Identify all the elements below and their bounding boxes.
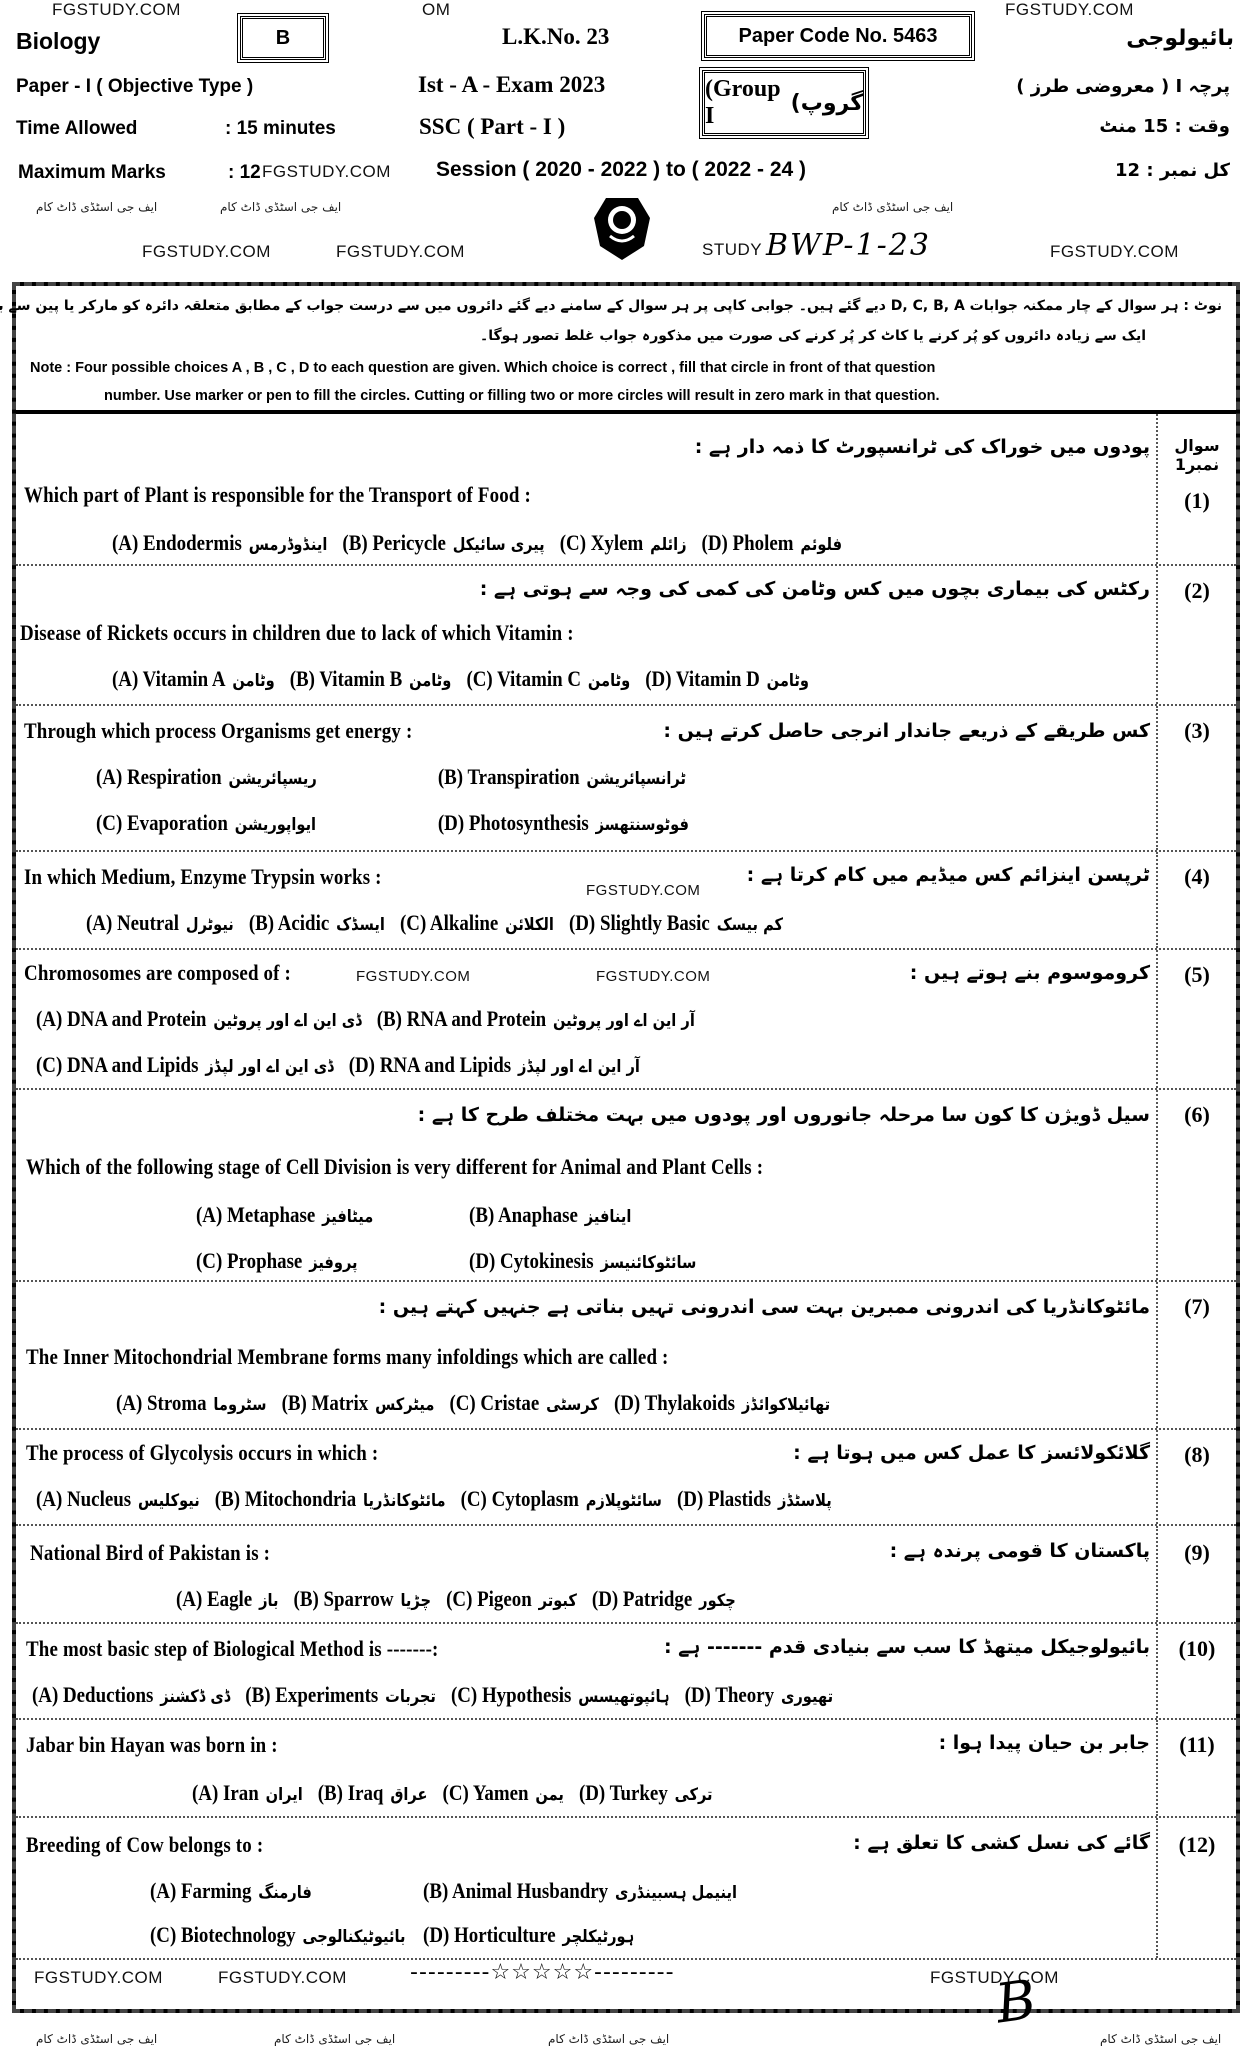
option-c[interactable]: (C) Xylemزائلم (560, 530, 687, 556)
option-c[interactable]: (C) Yamenیمن (443, 1780, 564, 1806)
max-marks-label: Maximum Marks (18, 162, 166, 184)
question-number: (3) (1158, 718, 1236, 744)
question-row: (10) بائیولوجیکل میتھڈ کا سب سے بنیادی ق… (16, 1624, 1236, 1720)
question-text-en: In which Medium, Enzyme Trypsin works : (24, 864, 382, 890)
question-text-en: The process of Glycolysis occurs in whic… (26, 1440, 378, 1466)
group-ur: گروپ) (791, 91, 863, 116)
question-text-ur: سیل ڈویژن کا کون سا مرحلہ جانوروں اور پو… (418, 1104, 1150, 1126)
watermark: FGSTUDY.COM (142, 242, 271, 262)
note-urdu-line-2: ایک سے زیادہ دائروں کو پُر کرنے یا کاٹ ک… (480, 328, 1146, 344)
option-d[interactable]: (D) Theoryتھیوری (685, 1682, 833, 1708)
options-row: (A) Neutralنیوٹرل (B) Acidicایسڈک (C) Al… (86, 910, 793, 936)
watermark: FGSTUDY.COM (586, 882, 700, 899)
instructions-note: نوٹ : ہر سوال کے چار ممکنہ جوابات D, C, … (16, 288, 1236, 414)
paper-type-ur: پرچہ I ( معروضی طرز ) (1016, 76, 1230, 97)
option-a[interactable]: (A) Endodermisاینڈوڈرمس (112, 530, 327, 556)
option-a[interactable]: (A) Vitamin Aوٹامن (112, 666, 275, 692)
question-number-cell: (6) (1156, 1090, 1236, 1280)
question-number: (6) (1158, 1102, 1236, 1128)
question-text-en: Disease of Rickets occurs in children du… (20, 620, 574, 646)
watermark-urdu: ایف جی اسٹڈی ڈاٹ کام (36, 2032, 157, 2046)
question-number-cell: (8) (1156, 1430, 1236, 1524)
note-english-line-1: Note : Four possible choices A , B , C ,… (30, 360, 935, 376)
watermark-urdu: ایف جی اسٹڈی ڈاٹ کام (220, 200, 341, 214)
option-b[interactable]: (B) Acidicایسڈک (249, 910, 385, 936)
option-d[interactable]: (D) Slightly Basicکم بیسک (569, 910, 783, 936)
option-b[interactable]: (B) Sparrowچڑیا (294, 1586, 432, 1612)
question-number: (11) (1158, 1732, 1236, 1758)
question-text-ur: بائیولوجیکل میتھڈ کا سب سے بنیادی قدم --… (664, 1636, 1150, 1658)
question-text-ur: گائے کی نسل کشی کا تعلق ہے : (853, 1832, 1150, 1854)
group-en: (Group I (705, 76, 785, 130)
watermark-urdu: ایف جی اسٹڈی ڈاٹ کام (36, 200, 157, 214)
option-b[interactable]: (B) Animal Husbandryاینیمل ہسبینڈری (423, 1878, 737, 1904)
signature-mark: B (992, 1968, 1040, 2036)
option-d[interactable]: (D) Plastidsپلاسٹڈز (677, 1486, 832, 1512)
option-d[interactable]: (D) Cytokinesisسائٹوکائنیسز (469, 1248, 696, 1274)
question-number: (8) (1158, 1442, 1236, 1468)
option-b[interactable]: (B) Iraqعراق (318, 1780, 428, 1806)
options-row: (C) Prophaseپروفیز (D) Cytokinesisسائٹوک… (196, 1248, 707, 1274)
options-row: (A) Iranایران (B) Iraqعراق (C) Yamenیمن … (192, 1780, 723, 1806)
question-text-en: The most basic step of Biological Method… (26, 1636, 439, 1662)
options-row: (C) DNA and Lipidsڈی این اے اور لپڈز (D)… (36, 1052, 650, 1078)
option-c[interactable]: (C) Cristaeکرسٹی (449, 1390, 598, 1416)
question-number-cell: (5) (1156, 950, 1236, 1088)
option-d[interactable]: (D) RNA and Lipidsآر این اے اور لپڈز (349, 1052, 640, 1078)
handwritten-code: BWP-1-23 (766, 228, 931, 263)
options-row: (A) DNA and Proteinڈی این اے اور پروٹین … (36, 1006, 705, 1032)
question-number: (5) (1158, 962, 1236, 988)
question-row: (2) رکٹس کی بیماری بچوں میں کس وٹامن کی … (16, 566, 1236, 706)
option-d[interactable]: (D) Thylakoidsتھائیلاکوائڈز (614, 1390, 830, 1416)
option-c[interactable]: (C) Pigeonکبوتر (446, 1586, 577, 1612)
question-number-cell: (2) (1156, 566, 1236, 704)
question-text-ur: پاکستان کا قومی پرندہ ہے : (890, 1540, 1150, 1562)
question-number-cell: (4) (1156, 852, 1236, 948)
watermark: FGSTUDY.COM (34, 1968, 163, 1988)
question-text-en: National Bird of Pakistan is : (30, 1540, 270, 1566)
question-row: (4) ٹرپسن اینزائم کس میڈیم میں کام کرتا … (16, 852, 1236, 950)
paper-type-en: Paper - I ( Objective Type ) (16, 76, 253, 98)
options-row: (C) Evaporationایواپوریشن (D) Photosynth… (96, 810, 699, 836)
options-row: (A) Stromaسٹروما (B) Matrixمیٹرکس (C) Cr… (116, 1390, 840, 1416)
question-text-en: Jabar bin Hayan was born in : (26, 1732, 278, 1758)
question-number-cell: سوال نمبر1 (1) (1156, 414, 1236, 564)
class-label: SSC ( Part - I ) (419, 114, 565, 140)
question-number-cell: (10) (1156, 1624, 1236, 1718)
question-number-cell: (12) (1156, 1818, 1236, 1958)
option-a[interactable]: (A) Metaphaseمیٹافیز (196, 1202, 454, 1228)
question-text-ur: ٹرپسن اینزائم کس میڈیم میں کام کرتا ہے : (747, 864, 1150, 886)
question-text-en: Which part of Plant is responsible for t… (24, 482, 531, 508)
time-allowed-label: Time Allowed (16, 118, 137, 140)
option-a[interactable]: (A) DNA and Proteinڈی این اے اور پروٹین (36, 1006, 362, 1032)
option-c[interactable]: (C) Cytoplasmسائٹوپلازم (461, 1486, 662, 1512)
option-b[interactable]: (B) Anaphaseاینافیز (469, 1202, 631, 1228)
paper-set-box: B (240, 16, 326, 60)
note-urdu-line-1: نوٹ : ہر سوال کے چار ممکنہ جوابات D, C, … (0, 298, 1222, 314)
board-seal-icon (592, 196, 652, 262)
question-row: (7) مائٹوکانڈریا کی اندرونی ممبرین بہت س… (16, 1282, 1236, 1430)
question-number: (7) (1158, 1294, 1236, 1320)
option-b[interactable]: (B) Transpirationٹرانسپائریشن (438, 764, 686, 790)
question-row: سوال نمبر1 (1) پودوں میں خوراک کی ٹرانسپ… (16, 414, 1236, 566)
question-text-en: Which of the following stage of Cell Div… (26, 1154, 763, 1180)
option-d[interactable]: (D) Patridgeچکور (592, 1586, 736, 1612)
options-row: (A) Vitamin Aوٹامن (B) Vitamin Bوٹامن (C… (112, 666, 819, 692)
options-row: (A) Respirationریسپائریشن (B) Transpirat… (96, 764, 696, 790)
watermark-urdu: ایف جی اسٹڈی ڈاٹ کام (1100, 2032, 1221, 2046)
option-c[interactable]: (C) Vitamin Cوٹامن (466, 666, 630, 692)
lk-number: L.K.No. 23 (502, 24, 609, 50)
question-text-en: Breeding of Cow belongs to : (26, 1832, 263, 1858)
question-text-ur: کس طریقے کے ذریعے جاندار انرجی حاصل کرتے… (663, 720, 1150, 742)
option-c[interactable]: (C) Hypothesisہائپوتھیسس (451, 1682, 670, 1708)
time-allowed-ur: وقت : 15 منٹ (1099, 116, 1230, 137)
watermark: FGSTUDY.COM (1050, 242, 1179, 262)
option-a[interactable]: (A) Nucleusنیوکلیس (36, 1486, 200, 1512)
options-row: (A) Nucleusنیوکلیس (B) Mitochondriaمائٹو… (36, 1486, 842, 1512)
option-a[interactable]: (A) Neutralنیوٹرل (86, 910, 234, 936)
subject-ur: بائیولوجی (1126, 26, 1234, 51)
option-b[interactable]: (B) Matrixمیٹرکس (282, 1390, 435, 1416)
question-number: (1) (1158, 488, 1236, 514)
question-text-en: Through which process Organisms get ener… (24, 718, 412, 744)
option-b[interactable]: (B) Pericycleپیری سائیکل (342, 530, 544, 556)
question-row: (12) گائے کی نسل کشی کا تعلق ہے : Breedi… (16, 1818, 1236, 1960)
option-d[interactable]: (D) Horticultureہورٹیکلچر (423, 1922, 634, 1948)
note-english-line-2: number. Use marker or pen to fill the ci… (104, 388, 940, 404)
question-text-ur: جابر بن حیان پیدا ہوا : (939, 1732, 1150, 1754)
question-heading-ur: سوال نمبر1 (1158, 436, 1236, 474)
watermark-urdu: ایف جی اسٹڈی ڈاٹ کام (274, 2032, 395, 2046)
watermark: FGSTUDY.COM (52, 0, 181, 20)
option-c[interactable]: (C) DNA and Lipidsڈی این اے اور لپڈز (36, 1052, 334, 1078)
question-text-en: Chromosomes are composed of : (24, 960, 291, 986)
watermark-urdu: ایف جی اسٹڈی ڈاٹ کام (832, 200, 953, 214)
watermark: FGSTUDY.COM (262, 162, 391, 182)
watermark: FGSTUDY.COM (356, 968, 470, 985)
question-number: (4) (1158, 864, 1236, 890)
question-text-ur: پودوں میں خوراک کی ٹرانسپورٹ کا ذمہ دار … (695, 436, 1150, 458)
question-row: (5) کروموسوم بنے ہوتے ہیں : Chromosomes … (16, 950, 1236, 1090)
group-box: (Group I گروپ) (702, 70, 866, 136)
question-row: (9) پاکستان کا قومی پرندہ ہے : National … (16, 1526, 1236, 1624)
question-number: (2) (1158, 578, 1236, 604)
option-c[interactable]: (C) Prophaseپروفیز (196, 1248, 454, 1274)
time-allowed-value: : 15 minutes (225, 118, 336, 140)
watermark: FGSTUDY.COM (1005, 0, 1134, 20)
question-text-ur: کروموسوم بنے ہوتے ہیں : (910, 962, 1150, 984)
question-number: (12) (1158, 1832, 1236, 1858)
option-b[interactable]: (B) RNA and Proteinآر این اے اور پروٹین (377, 1006, 695, 1032)
question-row: (3) کس طریقے کے ذریعے جاندار انرجی حاصل … (16, 706, 1236, 852)
watermark: FGSTUDY.COM (218, 1968, 347, 1988)
option-a[interactable]: (A) Stromaسٹروما (116, 1390, 267, 1416)
session: Session ( 2020 - 2022 ) to ( 2022 - 24 ) (436, 158, 806, 182)
option-d[interactable]: (D) Turkeyترکی (579, 1780, 713, 1806)
option-d[interactable]: (D) Vitamin Dوٹامن (645, 666, 809, 692)
option-a[interactable]: (A) Iranایران (192, 1780, 303, 1806)
question-number-cell: (11) (1156, 1720, 1236, 1816)
options-row: (A) Deductionsڈی ڈکشنز (B) Experimentsتج… (32, 1682, 843, 1708)
watermark: STUDY (702, 240, 762, 260)
options-row: (A) Eagleباز (B) Sparrowچڑیا (C) Pigeonک… (176, 1586, 746, 1612)
option-c[interactable]: (C) Alkalineالکلائن (400, 910, 554, 936)
question-text-en: The Inner Mitochondrial Membrane forms m… (26, 1344, 669, 1370)
question-number-cell: (9) (1156, 1526, 1236, 1622)
option-b[interactable]: (B) Experimentsتجربات (245, 1682, 436, 1708)
question-text-ur: رکٹس کی بیماری بچوں میں کس وٹامن کی کمی … (480, 578, 1150, 600)
option-a[interactable]: (A) Farmingفارمنگ (150, 1878, 408, 1904)
watermark: FGSTUDY.COM (336, 242, 465, 262)
option-b[interactable]: (B) Vitamin Bوٹامن (290, 666, 452, 692)
question-row: (8) گلائکولائسز کا عمل کس میں ہوتا ہے : … (16, 1430, 1236, 1526)
subject-en: Biology (16, 28, 100, 55)
option-c[interactable]: (C) Evaporationایواپوریشن (96, 810, 423, 836)
option-b[interactable]: (B) Mitochondriaمائٹوکانڈریا (215, 1486, 446, 1512)
question-number: (9) (1158, 1540, 1236, 1566)
options-row: (A) Endodermisاینڈوڈرمس (B) Pericycleپیر… (112, 530, 852, 556)
option-a[interactable]: (A) Eagleباز (176, 1586, 278, 1612)
options-row: (A) Farmingفارمنگ (B) Animal Husbandryای… (150, 1878, 747, 1904)
question-text-ur: گلائکولائسز کا عمل کس میں ہوتا ہے : (793, 1442, 1150, 1464)
option-a[interactable]: (A) Respirationریسپائریشن (96, 764, 423, 790)
paper-code-box: Paper Code No. 5463 (704, 14, 972, 58)
watermark-urdu: ایف جی اسٹڈی ڈاٹ کام (548, 2032, 669, 2046)
exam-title: Ist - A - Exam 2023 (418, 72, 605, 98)
max-marks-value: : 12 (228, 162, 261, 184)
option-d[interactable]: (D) Photosynthesisفوٹوسنتھسز (438, 810, 689, 836)
options-row: (A) Metaphaseمیٹافیز (B) Anaphaseاینافیز (196, 1202, 642, 1228)
watermark: FGSTUDY.COM (596, 968, 710, 985)
question-row: (6) سیل ڈویژن کا کون سا مرحلہ جانوروں او… (16, 1090, 1236, 1282)
option-d[interactable]: (D) Pholemفلوئم (702, 530, 843, 556)
option-a[interactable]: (A) Deductionsڈی ڈکشنز (32, 1682, 230, 1708)
question-text-ur: مائٹوکانڈریا کی اندرونی ممبرین بہت سی ان… (379, 1296, 1150, 1318)
question-number: (10) (1158, 1636, 1236, 1662)
question-number-cell: (7) (1156, 1282, 1236, 1428)
question-row: (11) جابر بن حیان پیدا ہوا : Jabar bin H… (16, 1720, 1236, 1818)
question-number-cell: (3) (1156, 706, 1236, 850)
watermark: OM (422, 0, 450, 20)
options-row: (C) Biotechnologyبائیوٹیکنالوجی (D) Hort… (150, 1922, 645, 1948)
end-of-paper-mark: ---------☆☆☆☆☆--------- (410, 1960, 675, 1985)
max-marks-ur: کل نمبر : 12 (1115, 160, 1230, 181)
option-c[interactable]: (C) Biotechnologyبائیوٹیکنالوجی (150, 1922, 408, 1948)
